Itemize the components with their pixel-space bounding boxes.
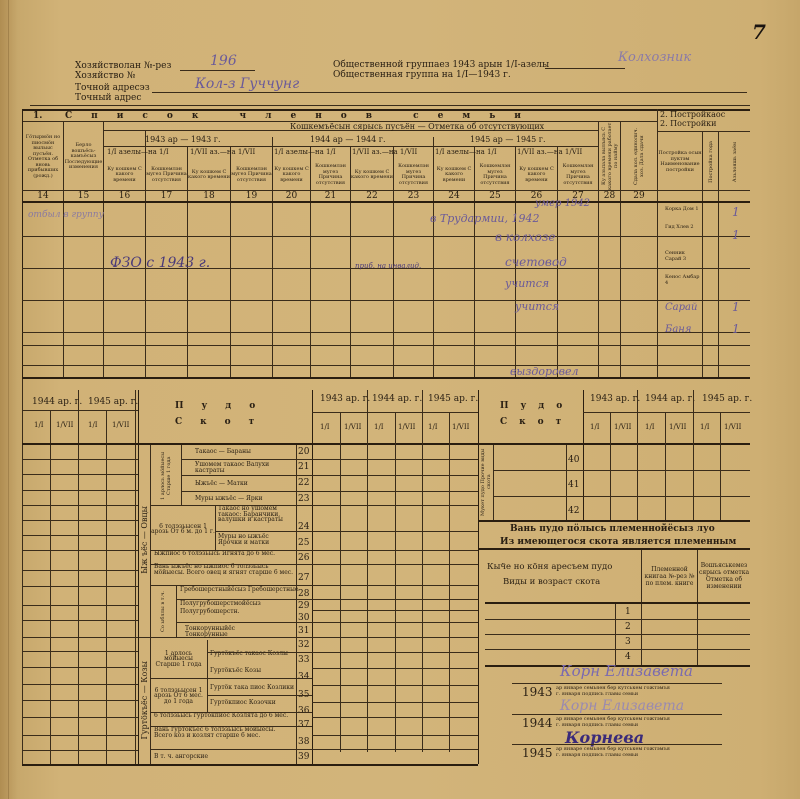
building-khlev: Гид Хлев 2 [665,225,701,231]
right-year-1944: 1944 ар. г. [645,395,695,404]
group-goats-label: Гуртӧкъёс — Козы [142,661,148,740]
half-1944-jan: 1/I азелы—на 1/I [274,148,336,157]
row-num: 34 [298,672,309,682]
hw-row5: учится [515,300,559,313]
half-label: 1/I [320,424,330,432]
row-label: В т. ч. ангорские [154,754,208,760]
row-num: 21 [298,462,309,472]
breeding-row-num: 2 [625,622,631,632]
row-label: Муры но ыжъёс Ярочки и матки [218,534,293,545]
col-num: 23 [394,191,433,201]
building-count: 1 [732,300,740,314]
sig-year-1943: 1943 [522,685,553,699]
household-no-value: 196 [210,53,237,69]
absence-header: Кошкемъёсын сярысь пусъён — Отметка об о… [290,122,544,131]
col15-header: Берло вошъёсь-камъёсыз Последующие измен… [64,124,103,190]
half-label: 1/I [590,424,600,432]
livestock-title-komi: Пудо [175,402,273,411]
year-1945-header: 1945 ар — 1945 г. [470,135,546,144]
col-num: 15 [64,191,103,201]
hw-row3: счетовод [505,255,567,269]
sig-year-1945: 1945 [522,746,553,760]
buildings-label-komi: 2. Постройкаос [660,110,725,119]
livestock-title-ru: Скот [175,418,272,427]
row-label: Тонкорунные [185,632,228,638]
ledger-page: 7 Хозяйстволан №-рез Хозяйство № 196 Точ… [0,0,800,799]
col21-header: Кошкемлэн мугез Причина отсутствия [311,160,350,190]
half-label: 1/VII [614,424,631,432]
section-title: Список членов семьи [65,112,540,121]
subgroup-goats-older: 1 арлось мӧйыесы Старше 1 года [151,640,206,678]
building-handwritten-sarai: Сарай [665,302,697,313]
page-number: 7 [752,20,766,44]
subgroup-goats-young: 6 толэзьысен 1 арозь От 6 мес. до 1 года [151,680,206,712]
row-num: 40 [568,455,579,465]
social-group-value: Колхозник [618,50,691,65]
signature-1943: Корн Елизавета [560,662,693,680]
building-year-header: Постройка года [708,141,714,183]
col28-header: Ку азьпала вылъясь С какого времени рабо… [601,122,619,190]
row-label: Полугрубошерстмойёсыз [180,601,261,607]
col-num: 14 [23,191,63,201]
half-label: 1/VII [669,424,686,432]
row-num: 32 [298,640,309,650]
social-group-label-komi: Общественной группаез 1943 арын 1/I-азел… [333,61,549,70]
breeding-title-komi: Вань пудо пӧлысь племеннойёсыз луо [510,525,715,534]
building-sarai: Сенник Сарай 3 [665,251,701,262]
half-1943-jul: 1/VII аз.—на 1/VII [190,148,255,157]
hw-row1: в Трудармии, 1942 [430,212,540,225]
section-number: 1. [33,112,42,121]
building-count: 1 [732,322,740,336]
row-label: Гуртӧкъёс Козы [210,668,261,674]
half-1944-jul: 1/VII аз.—на 1/VII [352,148,417,157]
col-num: 28 [599,191,620,201]
row-label: Такаос но ушомем такаос: Баранчики, валу… [218,506,293,523]
subgroup-breed: Со ыбллы в т.ч. [160,591,166,632]
col-num: 20 [273,191,310,201]
row-num: 20 [298,447,309,457]
breeding-col1-komi: Кыӵе но кӧня аресъем пудо [487,563,612,572]
right-year-1943: 1943 ар. г. [590,395,640,404]
col26-header: Ку кошкем С какого времени [516,160,557,190]
building-loan-header: Азьлояшь заём [732,142,738,182]
signature-1944: Корн Елизавета [560,698,684,714]
half-label: 1/VII [56,422,73,430]
building-dom: Корка Дом 1 [665,207,701,213]
row-label: 6 толэзьысь гуртӧкпиос Козлята до 6 мес. [154,713,294,719]
col-num: 25 [475,191,515,201]
address-label-ru: Точный адрес [75,94,141,103]
breeding-row-num: 3 [625,637,631,647]
subgroup-sheep-older: 1 арлось мӧйыесы Старше 1 года [160,446,172,506]
row-label: Вань ыжъёс но ыжпиос 6 толэзьысь мӧйыесы… [154,564,294,575]
hw-col14: отбыл в группу [28,210,104,220]
sig-year-1944: 1944 [522,716,553,730]
row-label: Ушомем такаос Валухи кастраты [195,462,290,473]
hw-row3-col22: приб. на инвалид. [355,262,421,270]
hw-row3-col16: ФЗО с 1943 г. [110,255,210,271]
row-num: 26 [298,553,309,563]
row-label: Полугрубошерстн. [180,609,239,615]
col22-header: Ку кошкем С какого времени [351,160,393,190]
row-num: 23 [298,494,309,504]
address-label-komi: Точной адресэз [75,84,150,93]
row-num: 33 [298,655,309,665]
building-ambar: Кенос Амбар 4 [665,275,701,286]
breeding-col3: Вошъяськемез сярысь отметка Отметка об и… [698,551,750,601]
right-title-ru: Скот [500,418,573,427]
address-value: Кол-з Гуччунг [195,76,299,92]
row-label: Гребошерстныйёсыз Гребошерстные [180,587,298,593]
row-num: 39 [298,752,309,762]
breeding-title-ru: Из имеющегося скота является племенным [500,538,736,547]
row-label: Муры ыжъёс — Ярки [195,496,262,502]
row-num: 25 [298,538,309,548]
col14-header: Гӧтырмӧн но пиосмӧн выльыс пусъён. Отмет… [23,124,63,190]
building-count: 1 [732,228,740,242]
half-label: 1/VII [112,422,129,430]
col-num: 24 [434,191,474,201]
right-title-komi: Пудо [500,402,574,411]
col23-header: Кошкемлэн мугез Причина отсутствия [394,160,433,190]
half-label: 1/VII [398,424,415,432]
half-label: 1/VII [452,424,469,432]
half-label: 1/I [374,424,384,432]
subgroup-sheep-young: 6 толэзьысен 1 арозь От 6 м. до 1 г. [151,508,215,550]
breeding-row-num: 1 [625,607,631,617]
half-1945-jan: 1/I азелы—на 1/I [435,148,497,157]
row-label: Такаос — Бараны [195,449,251,455]
row-label: Гуртӧкпиос Козочки [210,700,276,706]
half-label: 1/VII [724,424,741,432]
col-num: 19 [231,191,272,201]
col24-header: Ку кошкем С какого времени [434,160,474,190]
year-1943-header: 1943 ар — 1943 г. [145,135,221,144]
row-num: 42 [568,506,579,516]
household-no-label-komi: Хозяйстволан №-рез [75,62,171,71]
right-year-1945: 1945 ар. г. [702,395,752,404]
row-num: 28 [298,589,309,599]
hw-row4: учится [505,277,549,290]
row-label: Гуртӧк така пиос Козлики [210,685,294,691]
col18-header: Ку кошкем С какого времени [188,160,230,190]
col29-header: Сдала кол. единолич. хоз. Дата сдачи [633,122,645,190]
building-name-header: Постройка осын пуктэм Наименование постр… [658,134,702,190]
col-num: 22 [351,191,393,201]
half-label: 1/I [645,424,655,432]
hw-top: умер 1942 [535,198,590,209]
sig-text-ru-1943: г. января подпись главы семьи [556,692,638,698]
sig-text-ru-1945: г. января подпись главы семьи [556,753,638,759]
breeding-row-num: 4 [625,652,631,662]
left-year-1945: 1945 ар. г. [88,398,138,407]
row-num: 41 [568,480,579,490]
col17-header: Кошкемлэн мугез Причина отсутствия [146,160,187,190]
mid-year-1944: 1944 ар. г. [372,395,422,404]
buildings-label-ru: 2. Постройки [660,119,725,128]
col25-header: Кошкемлэн мугез Причина отсутствия [475,160,515,190]
col16-header: Ку кошкем С какого времени [104,160,145,190]
social-group-label-ru: Общественная группа на 1/I—1943 г. [333,71,511,80]
row-num: 37 [298,720,309,730]
hw-row2: в колхозе [495,230,555,244]
half-label: 1/I [700,424,710,432]
building-count: 1 [732,205,740,219]
building-handwritten-banya: Баня [665,324,692,335]
left-year-1944: 1944 ар. г. [32,398,82,407]
hw-row8: выздоровел [510,365,579,378]
row-num: 29 [298,601,309,611]
row-num: 22 [298,478,309,488]
col-num: 16 [104,191,145,201]
col-num: 18 [188,191,230,201]
breeding-col2: Племенной книгаа №-рез № по плем. книге [642,551,697,601]
row-label: Ыжпиос 6 толэзьысь Ягнята до 6 мес. [154,551,294,557]
col27-header: Кошкемлэн мугез Причина отсутствия [558,160,598,190]
row-label: Ыжъёс — Матки [195,481,248,487]
row-num: 36 [298,706,309,716]
other-livestock-label: Мукет пудо Прочие виды скота [480,446,492,518]
group-sheep-label: Ыж ъёс — Овцы [142,506,148,574]
row-label: Вань гуртӧкъёс 6 толэзьысь мӧйыесы. Всег… [154,727,294,738]
breeding-col1-ru: Виды и возраст скота [503,578,600,587]
half-label: 1/I [428,424,438,432]
row-num: 31 [298,626,309,636]
col20-header: Ку кошкем С какого времени [273,160,310,190]
half-1945-jul: 1/VII аз.—на 1/VII [517,148,582,157]
half-1943-jan: 1/I азелы—на 1/I [107,148,169,157]
col-num: 17 [146,191,187,201]
col-num: 29 [621,191,657,201]
mid-year-1943: 1943 ар. г. [320,395,370,404]
half-label: 1/I [88,422,98,430]
col19-header: Кошкемлэн мугез Причина отсутствия [231,160,272,190]
row-num: 27 [298,573,309,583]
household-no-label-ru: Хозяйство № [75,72,135,81]
year-1944-header: 1944 ар — 1944 г. [310,135,386,144]
mid-year-1945: 1945 ар. г. [428,395,478,404]
col-num: 21 [311,191,350,201]
half-label: 1/VII [344,424,361,432]
row-num: 38 [298,737,309,747]
half-label: 1/I [34,422,44,430]
